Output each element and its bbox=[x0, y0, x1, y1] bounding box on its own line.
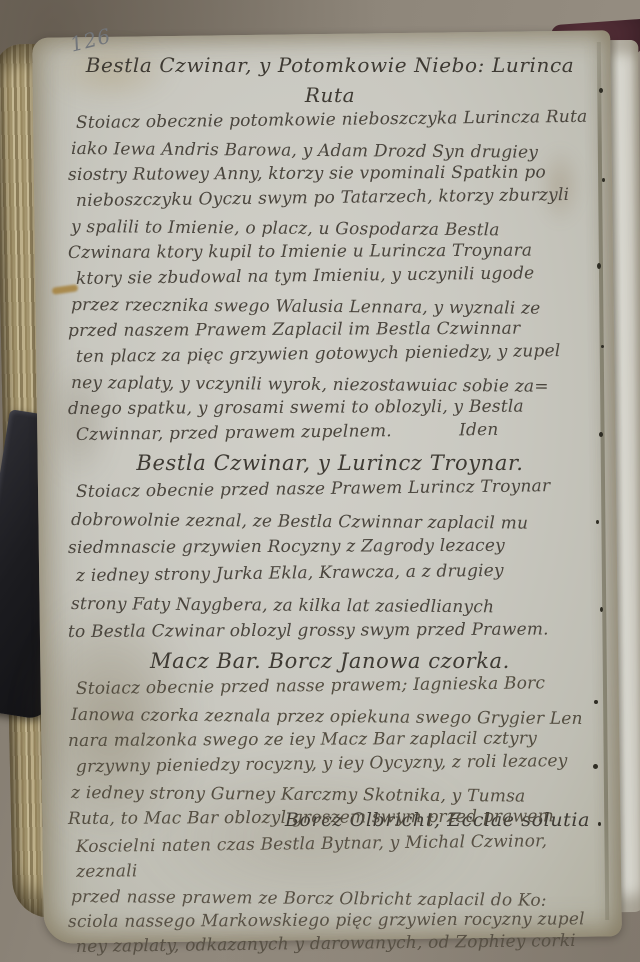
wormhole-speck bbox=[599, 88, 603, 93]
manuscript-section: Macz Bar. Borcz Janowa czorka.Stoiacz ob… bbox=[68, 646, 592, 832]
manuscript-section: Bestla Czwinar, y Lurincz Troynar.Stoiac… bbox=[68, 448, 592, 646]
manuscript-line: ktory sie zbudowal na tym Imieniu, y ucz… bbox=[76, 260, 592, 292]
wormhole-speck bbox=[601, 345, 604, 348]
manuscript-line: ten placz za pięc grzywien gotowych pien… bbox=[76, 338, 592, 370]
manuscript-section: Bestla Czwinar, y Potomkowie Niebo: Luri… bbox=[68, 50, 592, 448]
manuscript-line: z iedney strony Jurka Ekla, Krawcza, a z… bbox=[76, 556, 592, 590]
wormhole-speck bbox=[598, 822, 601, 826]
wormhole-speck bbox=[594, 700, 598, 704]
section-heading: Bestla Czwinar, y Potomkowie Niebo: Luri… bbox=[68, 50, 592, 110]
manuscript-line: Koscielni naten czas Bestla Bytnar, y Mi… bbox=[76, 829, 593, 885]
manuscript-line: Stoiacz obecznie potomkowie nieboszczyka… bbox=[76, 104, 592, 136]
manuscript-line: Ruta, to Mac Bar oblozyl groszem swym pr… bbox=[68, 803, 592, 832]
manuscript-line: to Bestla Czwinar oblozyl grossy swym pr… bbox=[68, 615, 592, 646]
manuscript-line: Stoiacz obecnie przed nasze Prawem Lurin… bbox=[76, 472, 592, 506]
manuscript-line: Czwinnar, przed prawem zupelnem. Iden bbox=[76, 416, 592, 448]
wormhole-speck bbox=[597, 263, 601, 269]
manuscript-photo: 126 Bestla Czwinar, y Potomkowie Niebo: … bbox=[0, 0, 640, 962]
manuscript-line: Stoiacz obecnie przed nasse prawem; Iagn… bbox=[76, 670, 592, 702]
manuscript-line: ney zaplaty, odkazanych y darowanych, od… bbox=[76, 929, 592, 960]
wormhole-speck bbox=[600, 607, 603, 612]
wormhole-speck bbox=[602, 178, 605, 182]
manuscript-line: grzywny pieniedzy rocyzny, y iey Oycyzny… bbox=[76, 748, 592, 780]
manuscript-line: nieboszczyku Oyczu swym po Tatarzech, kt… bbox=[76, 182, 592, 214]
wormhole-speck bbox=[596, 520, 599, 524]
text-block: Bestla Czwinar, y Potomkowie Niebo: Luri… bbox=[68, 50, 592, 960]
wormhole-speck bbox=[599, 432, 603, 437]
wormhole-speck bbox=[593, 764, 598, 769]
